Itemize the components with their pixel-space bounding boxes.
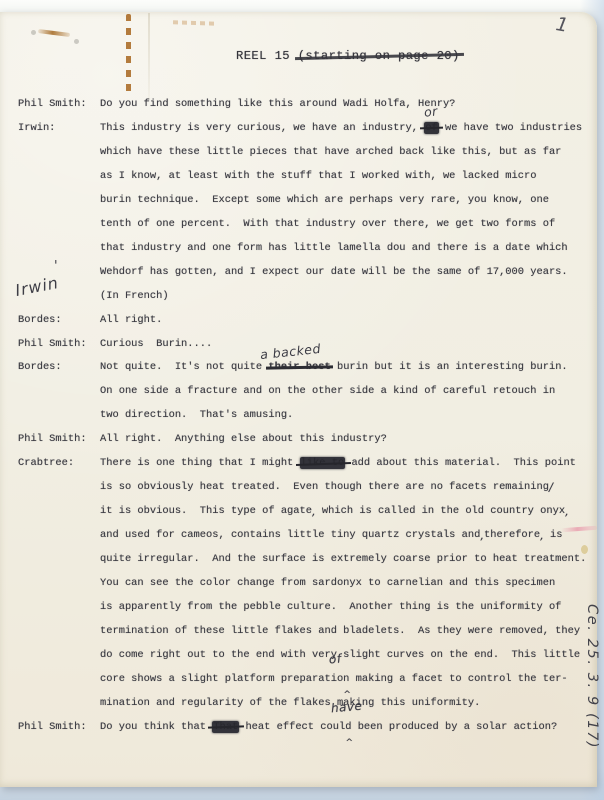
dialogue-line: core shows a slight platform preparation… (100, 668, 596, 692)
speaker-label: Phil Smith: (18, 93, 100, 117)
dialogue-line: Do you think that That heat effect could… (100, 716, 596, 740)
dialogue-line: is so obviously heat treated. Even thoug… (100, 476, 596, 500)
handwritten-mark: / (549, 480, 553, 494)
paper-speck (31, 30, 36, 35)
typed-text: is apparently from the pebble culture. A… (100, 601, 561, 613)
dialogue-line: There is one thing that I might like to … (100, 452, 596, 476)
transcript-entry: Bordes:Not quite. It's not quite their b… (18, 356, 596, 428)
typed-text: making a facet to control the ter- (349, 673, 567, 685)
paper-speck (74, 39, 79, 44)
dialogue-line: it is obvious. This type of agate, which… (100, 500, 596, 524)
dialogue-line: Wehdorf has gotten, and I expect our dat… (100, 261, 596, 285)
typed-text: is (544, 529, 563, 541)
speaker-label: Bordes: (18, 356, 100, 428)
typed-text: and used for cameos, contains little tin… (100, 529, 480, 541)
typed-text: Do you think that (100, 721, 212, 733)
paper-crease (148, 13, 150, 99)
dialogue-line: which have these little pieces that have… (100, 141, 596, 165)
typed-text: therefore (484, 529, 540, 541)
scanned-page: 1 REEL 15 (starting on page 20) Irwin ' … (0, 0, 604, 800)
typed-text: All right. Anything else about this indu… (100, 433, 387, 445)
typed-text: You can see the color change from sardon… (100, 577, 555, 589)
dialogue-line: Curious Burin.... (100, 333, 596, 357)
transcript-entry: Phil Smith:Do you think that That heat e… (18, 716, 596, 740)
transcript-entry: Phil Smith:Do you find something like th… (18, 93, 596, 117)
dialogue-line: termination of these little flakes and b… (100, 620, 596, 644)
dialogue-line: (In French) (100, 285, 596, 309)
speaker-label: Crabtree: (18, 452, 100, 715)
speaker-label: Irwin: (18, 117, 100, 309)
typed-text: been produced by a solar action? (351, 721, 557, 733)
dialogue-line: On one side a fracture and on the other … (100, 380, 596, 404)
typed-text: termination of these little flakes and b… (100, 625, 580, 637)
speaker-label: Bordes: (18, 309, 100, 333)
typed-text: as I know, at least with the stuff that … (100, 170, 536, 182)
struck-text: their besta backed (268, 361, 330, 373)
typed-text: burin but it is an interesting burin. (331, 361, 568, 373)
dialogue-line: quite irregular. And the surface is extr… (100, 548, 596, 572)
dialogue-block: There is one thing that I might like to … (100, 452, 596, 715)
dialogue-line: All right. Anything else about this indu… (100, 428, 596, 452)
speaker-label: Phil Smith: (18, 333, 100, 357)
handwritten-mark: , (565, 504, 569, 518)
typed-text: we have two industries (439, 122, 582, 134)
typed-text: which is called in the old country onyx (316, 505, 565, 517)
dialogue-block: Not quite. It's not quite their besta ba… (100, 356, 596, 428)
typed-text: This industry is very curious, we have a… (100, 122, 424, 134)
dialogue-line: You can see the color change from sardon… (100, 572, 596, 596)
typed-text: which have these little pieces that have… (100, 146, 561, 158)
dialogue-line: tenth of one percent. With that industry… (100, 213, 596, 237)
dialogue-block: Do you find something like this around W… (100, 93, 596, 117)
reel-title: REEL 15 (236, 49, 298, 63)
transcript-entry: Phil Smith:All right. Anything else abou… (18, 428, 596, 452)
handwritten-word: of (328, 647, 343, 672)
typed-text: (In French) (100, 290, 169, 302)
dialogue-line: is apparently from the pebble culture. A… (100, 596, 596, 620)
transcript-entry: Bordes:All right. (18, 309, 596, 333)
dialogue-line: Do you find something like this around W… (100, 93, 596, 117)
blotted-text: ofor (424, 122, 438, 134)
typed-text: All right. (100, 314, 162, 326)
typed-text: Wehdorf has gotten, and I expect our dat… (100, 266, 568, 278)
handwritten-word: have (330, 695, 363, 722)
speaker-label: Phil Smith: (18, 428, 100, 452)
rust-stain-vertical (126, 14, 131, 96)
typed-text: is so obviously heat treated. Even thoug… (100, 481, 549, 493)
typed-text: two direction. That's amusing. (100, 409, 293, 421)
dialogue-block: All right. Anything else about this indu… (100, 428, 596, 452)
dialogue-line: two direction. That's amusing. (100, 404, 596, 428)
typed-text: Curious Burin.... (100, 338, 212, 350)
transcript-entry: Crabtree:There is one thing that I might… (18, 452, 596, 715)
caret-mark: ^ (345, 732, 353, 756)
typed-text: that industry and one form has little la… (100, 242, 568, 254)
typed-text: Do you find something like this around W… (100, 98, 455, 110)
typed-text: On one side a fracture and on the other … (100, 385, 555, 397)
typed-text: tenth of one percent. With that industry… (100, 218, 555, 230)
typed-text: burin technique. Except some which are p… (100, 194, 549, 206)
dialogue-block: Do you think that That heat effect could… (100, 716, 596, 740)
dialogue-line: that industry and one form has little la… (100, 237, 596, 261)
dialogue-block: Curious Burin.... (100, 333, 596, 357)
transcript-entry: Irwin:This industry is very curious, we … (18, 117, 596, 309)
typed-text: quite irregular. And the surface is extr… (100, 553, 586, 565)
typed-text: Not quite. It's not quite (100, 361, 268, 373)
typed-text: core shows a slight platform preparation (100, 673, 349, 685)
transcript: Phil Smith:Do you find something like th… (18, 93, 596, 740)
blotted-text: That (212, 721, 239, 733)
typed-text: mination and regularity of the flakes ma… (100, 697, 480, 709)
typed-text: There is one thing that I might (100, 457, 300, 469)
dialogue-block: All right. (100, 309, 596, 333)
typed-text: add about this material. This point (345, 457, 576, 469)
typed-text: it is obvious. This type of agate (100, 505, 312, 517)
reel-title-struck: (starting on page 20) (298, 49, 460, 63)
page-header: REEL 15 (starting on page 20) (236, 49, 460, 63)
dialogue-line: do come right out to the end with very s… (100, 644, 596, 668)
handwritten-insert: or (423, 99, 439, 124)
dialogue-block: This industry is very curious, we have a… (100, 117, 596, 309)
dialogue-line: Not quite. It's not quite their besta ba… (100, 356, 596, 380)
dialogue-line: This industry is very curious, we have a… (100, 117, 596, 141)
dialogue-line: burin technique. Except some which are p… (100, 189, 596, 213)
dialogue-line: and used for cameos, contains little tin… (100, 524, 596, 548)
blotted-text: like to (300, 457, 346, 469)
typed-text: heat effect could (239, 721, 351, 733)
speaker-label: Phil Smith: (18, 716, 100, 740)
dialogue-line: All right. (100, 309, 596, 333)
dialogue-line: as I know, at least with the stuff that … (100, 165, 596, 189)
